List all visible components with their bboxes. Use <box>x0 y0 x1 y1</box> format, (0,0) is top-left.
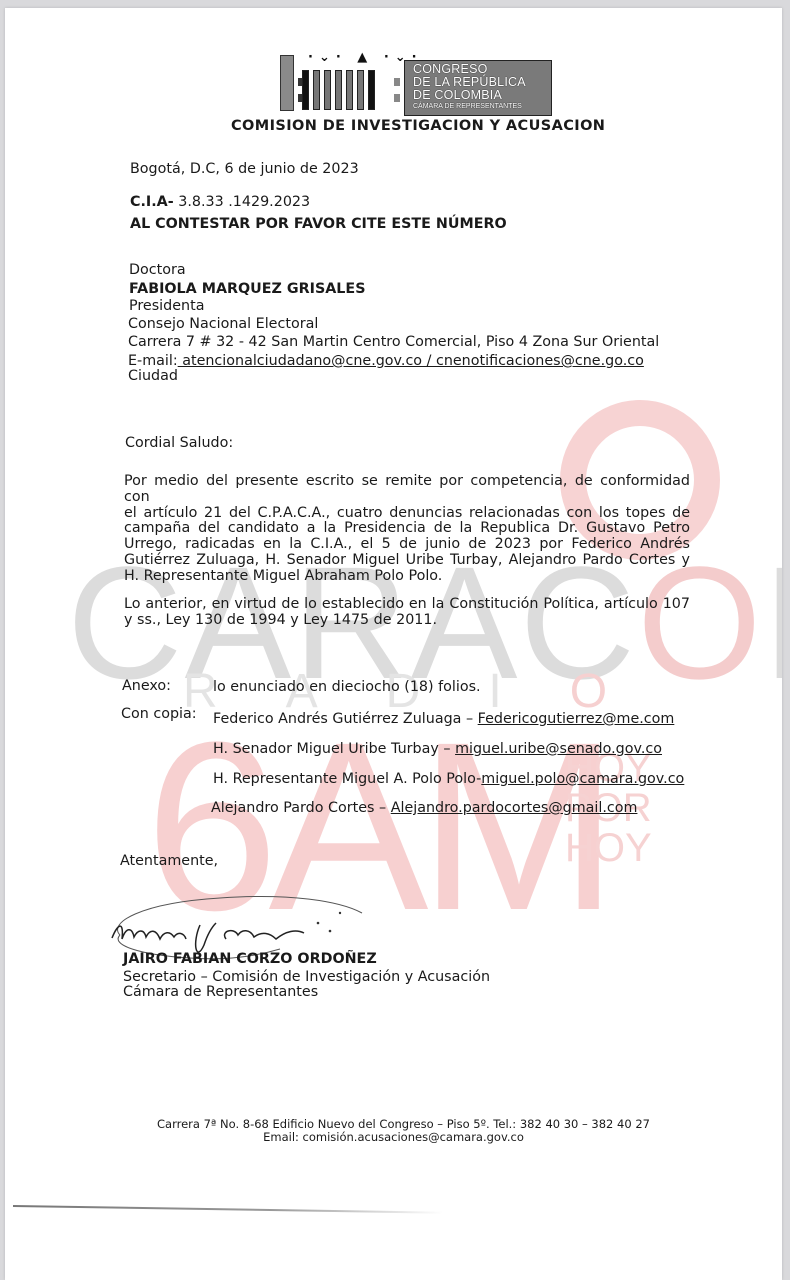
annex-value: lo enunciado en dieciocho (18) folios. <box>213 679 481 695</box>
signer-name: JAIRO FABIAN CORZO ORDOÑEZ <box>123 951 377 967</box>
recipient-title: Doctora <box>129 262 186 278</box>
congress-logo: ·⌄· ▲ ·⌄· CONGRESO DE LA REPÚBLICA DE CO… <box>280 50 552 116</box>
cc-email-link[interactable]: miguel.uribe@senado.gov.co <box>455 741 662 757</box>
reference-number: 3.8.33 .1429.2023 <box>174 194 310 210</box>
cc-name: H. Representante Miguel A. Polo Polo- <box>213 771 481 787</box>
cc-email-link[interactable]: Federicogutierrez@me.com <box>478 711 675 727</box>
recipient-organization: Consejo Nacional Electoral <box>128 316 318 332</box>
signer-chamber: Cámara de Representantes <box>123 984 318 1000</box>
cc-name: Alejandro Pardo Cortes – <box>211 800 391 816</box>
cc-email-link[interactable]: Alejandro.pardocortes@gmail.com <box>391 800 638 816</box>
closing: Atentamente, <box>120 853 218 869</box>
email-label: E-mail: <box>128 353 178 369</box>
body-paragraph-2: Lo anterior, en virtud de lo establecido… <box>124 597 690 629</box>
cc-item: Alejandro Pardo Cortes – Alejandro.pardo… <box>211 800 637 816</box>
recipient-position: Presidenta <box>129 298 204 314</box>
signer-position: Secretario – Comisión de Investigación y… <box>123 969 490 985</box>
cc-email-link[interactable]: miguel.polo@camara.gov.co <box>481 771 684 787</box>
cc-name: Federico Andrés Gutiérrez Zuluaga – <box>213 711 478 727</box>
footer-email: Email: comisión.acusaciones@camara.gov.c… <box>5 1130 782 1144</box>
recipient-email-line: E-mail: atencionalciudadano@cne.gov.co /… <box>128 353 644 369</box>
recipient-emails-link[interactable]: atencionalciudadano@cne.gov.co / cnenoti… <box>178 353 644 369</box>
recipient-address: Carrera 7 # 32 - 42 San Martin Centro Co… <box>128 334 659 350</box>
recipient-name: FABIOLA MARQUEZ GRISALES <box>129 281 366 297</box>
recipient-city: Ciudad <box>128 368 178 384</box>
footer-address: Carrera 7ª No. 8-68 Edificio Nuevo del C… <box>5 1117 782 1131</box>
reference: C.I.A- 3.8.33 .1429.2023 <box>130 194 310 210</box>
cc-item: H. Senador Miguel Uribe Turbay – miguel.… <box>213 741 662 757</box>
cc-item: H. Representante Miguel A. Polo Polo-mig… <box>213 771 684 787</box>
greeting: Cordial Saludo: <box>125 435 233 451</box>
logo-columns-icon <box>302 70 375 110</box>
annex-label: Anexo: <box>122 678 171 694</box>
department-title: COMISION DE INVESTIGACION Y ACUSACION <box>231 118 605 134</box>
page-edge-line <box>13 1205 443 1214</box>
place-date: Bogotá, D.C, 6 de junio de 2023 <box>130 161 359 177</box>
cc-item: Federico Andrés Gutiérrez Zuluaga – Fede… <box>213 711 674 727</box>
reference-note: AL CONTESTAR POR FAVOR CITE ESTE NÚMERO <box>130 216 507 232</box>
reference-label: C.I.A- <box>130 194 174 210</box>
cc-name: H. Senador Miguel Uribe Turbay – <box>213 741 455 757</box>
cc-label: Con copia: <box>121 706 197 722</box>
logo-square-icon <box>394 78 400 86</box>
document-page: CARACOL RADIO 6AM HOY POR HOY ·⌄· ▲ ·⌄· … <box>5 8 782 1280</box>
body-paragraph-1: Por medio del presente escrito se remite… <box>124 474 690 585</box>
logo-square-icon <box>394 94 400 102</box>
logo-text-box: CONGRESO DE LA REPÚBLICA DE COLOMBIA CÁM… <box>404 60 552 116</box>
logo-column-icon <box>280 55 294 111</box>
